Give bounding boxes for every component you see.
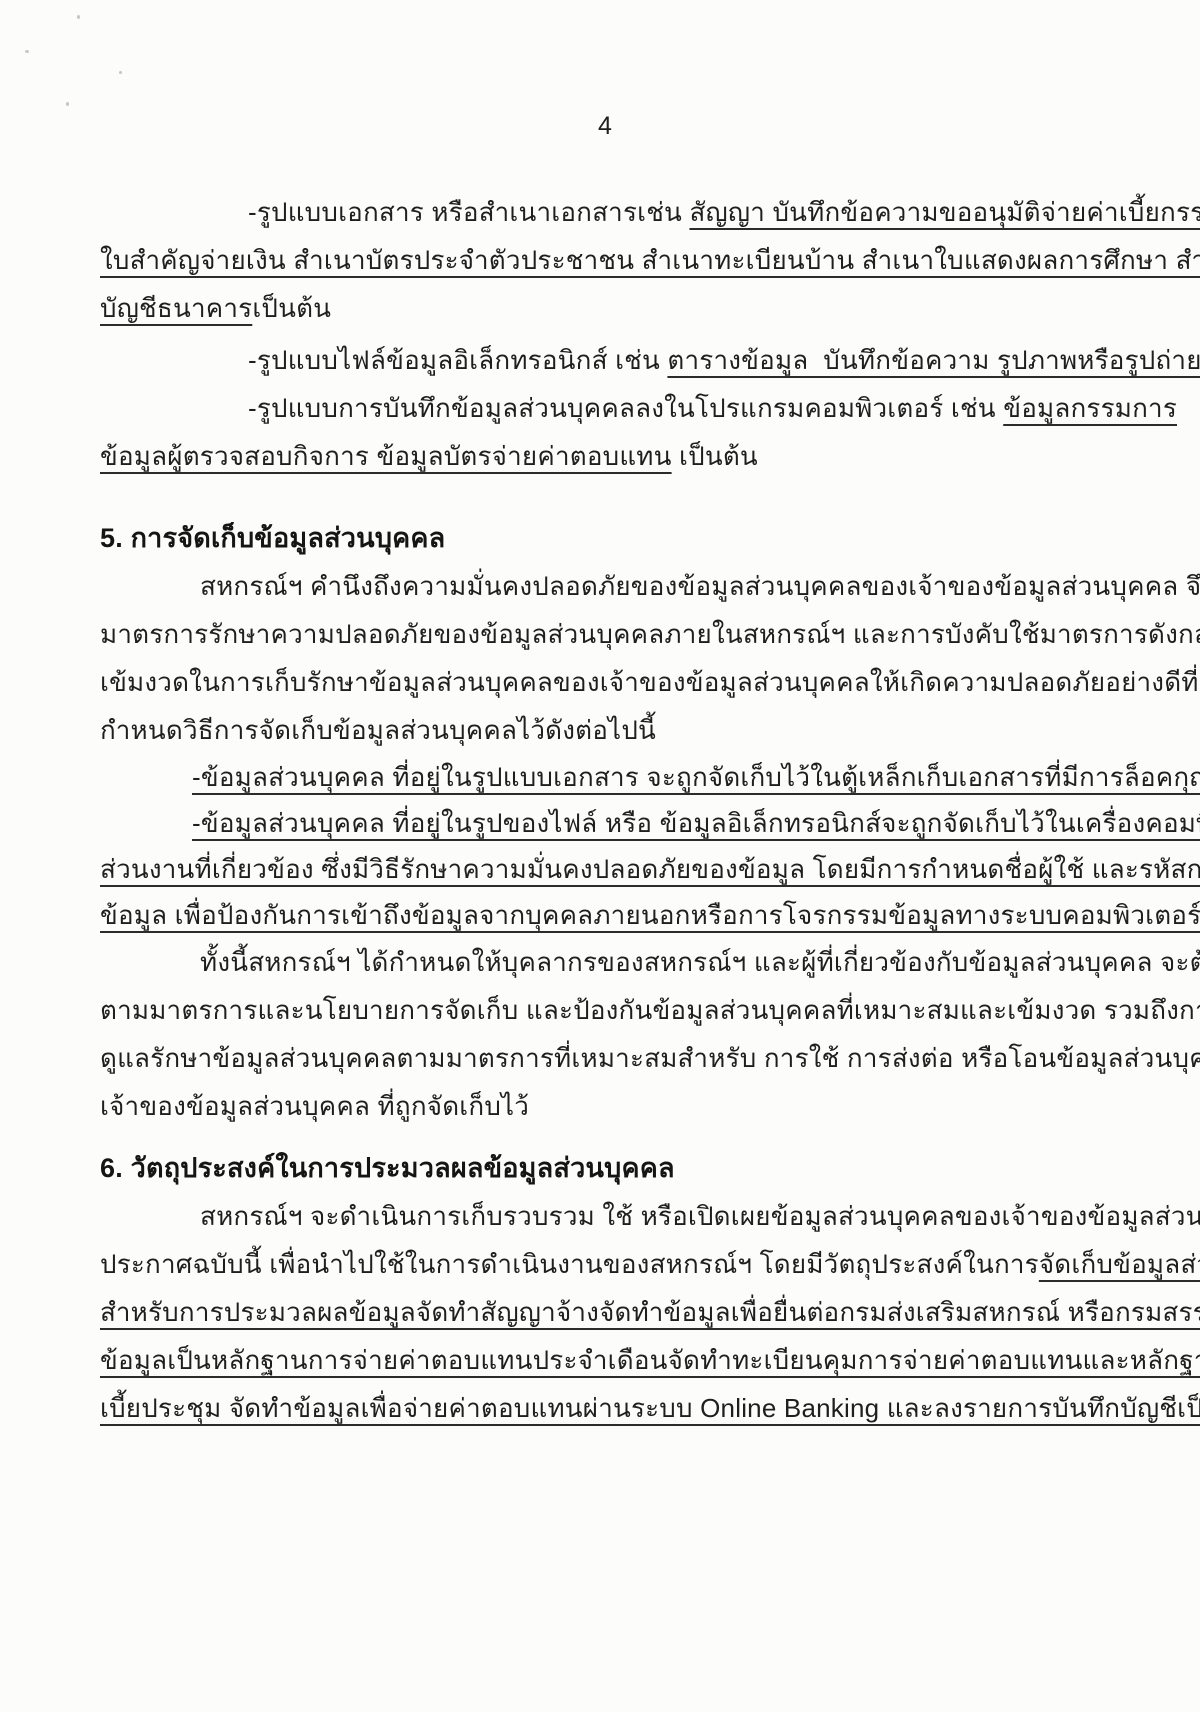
text-line: เบี้ยประชุม จัดทำข้อมูลเพื่อจ่ายค่าตอบแท…	[100, 1384, 1110, 1432]
text-line: -ข้อมูลส่วนบุคคล ที่อยู่ในรูปของไฟล์ หรื…	[100, 800, 1110, 846]
text: กำหนดวิธีการจัดเก็บข้อมูลส่วนบุคคลไว้ดัง…	[100, 715, 656, 745]
text-line: ใบสำคัญจ่ายเงิน สำเนาบัตรประจำตัวประชาชน…	[100, 236, 1110, 284]
text-line: สหกรณ์ฯ คำนึงถึงความมั่นคงปลอดภัยของข้อม…	[100, 562, 1110, 610]
section-5-intro-para: สหกรณ์ฯ คำนึงถึงความมั่นคงปลอดภัยของข้อม…	[100, 562, 1110, 754]
text-line: สำหรับการประมวลผลข้อมูลจัดทำสัญญาจ้างจัด…	[100, 1288, 1110, 1336]
text: เป็นต้น	[252, 293, 331, 323]
text: -รูปแบบไฟล์ข้อมูลอิเล็กทรอนิกส์ เช่น	[248, 345, 667, 375]
text-line: -ข้อมูลส่วนบุคคล ที่อยู่ในรูปแบบเอกสาร จ…	[100, 754, 1110, 800]
underlined-text: ส่วนงานที่เกี่ยวข้อง ซึ่งมีวิธีรักษาความ…	[100, 854, 1200, 884]
text-line: ทั้งนี้สหกรณ์ฯ ได้กำหนดให้บุคลากรของสหกร…	[100, 938, 1110, 986]
page-content: 4 -รูปแบบเอกสาร หรือสำเนาเอกสารเช่น สัญญ…	[100, 0, 1110, 1432]
text: เข้มงวดในการเก็บรักษาข้อมูลส่วนบุคคลของเ…	[100, 667, 1200, 697]
text-line: ดูแลรักษาข้อมูลส่วนบุคคลตามมาตรการที่เหม…	[100, 1034, 1110, 1082]
underlined-text: จัดเก็บข้อมูลส่วนบุคคล	[1039, 1249, 1200, 1279]
text-line: -รูปแบบไฟล์ข้อมูลอิเล็กทรอนิกส์ เช่น ตาร…	[100, 336, 1110, 384]
page-number: 4	[100, 108, 1110, 144]
underlined-text: สำหรับการประมวลผลข้อมูลจัดทำสัญญาจ้างจัด…	[100, 1297, 1200, 1327]
scan-speck	[77, 15, 80, 19]
underlined-text: -ข้อมูลส่วนบุคคล ที่อยู่ในรูปของไฟล์ หรื…	[192, 808, 1200, 838]
text: ประกาศฉบับนี้ เพื่อนำไปใช้ในการดำเนินงาน…	[100, 1249, 1039, 1279]
text: มาตรการรักษาความปลอดภัยของข้อมูลส่วนบุคค…	[100, 619, 1200, 649]
section-5-heading: 5. การจัดเก็บข้อมูลส่วนบุคคล	[100, 514, 1110, 562]
text-line: 6. วัตถุประสงค์ในการประมวลผลข้อมูลส่วนบุ…	[100, 1144, 1110, 1192]
section-5-personnel-para: ทั้งนี้สหกรณ์ฯ ได้กำหนดให้บุคลากรของสหกร…	[100, 938, 1110, 1130]
underlined-text: ข้อมูลผู้ตรวจสอบกิจการ ข้อมูลบัตรจ่ายค่า…	[100, 441, 672, 471]
format-program-para: -รูปแบบการบันทึกข้อมูลส่วนบุคคลลงในโปรแก…	[100, 384, 1110, 480]
text-line: ข้อมูล เพื่อป้องกันการเข้าถึงข้อมูลจากบุ…	[100, 892, 1110, 938]
underlined-text: ข้อมูล เพื่อป้องกันการเข้าถึงข้อมูลจากบุ…	[100, 900, 1200, 930]
text-line: ตามมาตรการและนโยบายการจัดเก็บ และป้องกัน…	[100, 986, 1110, 1034]
text: 6. วัตถุประสงค์ในการประมวลผลข้อมูลส่วนบุ…	[100, 1153, 675, 1183]
scan-speck	[25, 50, 29, 53]
underlined-text: -ข้อมูลส่วนบุคคล ที่อยู่ในรูปแบบเอกสาร จ…	[192, 762, 1200, 792]
text: -รูปแบบการบันทึกข้อมูลส่วนบุคคลลงในโปรแก…	[248, 393, 1003, 423]
text-line: 5. การจัดเก็บข้อมูลส่วนบุคคล	[100, 514, 1110, 562]
underlined-text: ใบสำคัญจ่ายเงิน สำเนาบัตรประจำตัวประชาชน…	[100, 245, 1200, 275]
underlined-text: สัญญา บันทึกข้อความขออนุมัติจ่ายค่าเบี้ย…	[689, 197, 1200, 227]
text: 5. การจัดเก็บข้อมูลส่วนบุคคล	[100, 523, 445, 553]
section-6-purpose-para: สหกรณ์ฯ จะดำเนินการเก็บรวบรวม ใช้ หรือเป…	[100, 1192, 1110, 1432]
format-document-para: -รูปแบบเอกสาร หรือสำเนาเอกสารเช่น สัญญา …	[100, 188, 1110, 332]
text: สหกรณ์ฯ คำนึงถึงความมั่นคงปลอดภัยของข้อม…	[200, 571, 1200, 601]
text-line: ข้อมูลเป็นหลักฐานการจ่ายค่าตอบแทนประจำเด…	[100, 1336, 1110, 1384]
text-line: กำหนดวิธีการจัดเก็บข้อมูลส่วนบุคคลไว้ดัง…	[100, 706, 1110, 754]
text-line: สหกรณ์ฯ จะดำเนินการเก็บรวบรวม ใช้ หรือเป…	[100, 1192, 1110, 1240]
underlined-text: ตารางข้อมูล บันทึกข้อความ รูปภาพหรือรูปถ…	[667, 345, 1200, 375]
text-line: เข้มงวดในการเก็บรักษาข้อมูลส่วนบุคคลของเ…	[100, 658, 1110, 706]
text-line: -รูปแบบเอกสาร หรือสำเนาเอกสารเช่น สัญญา …	[100, 188, 1110, 236]
text: สหกรณ์ฯ จะดำเนินการเก็บรวบรวม ใช้ หรือเป…	[200, 1201, 1200, 1231]
format-file-line: -รูปแบบไฟล์ข้อมูลอิเล็กทรอนิกส์ เช่น ตาร…	[100, 336, 1110, 384]
underlined-text: บัญชีธนาคาร	[100, 293, 252, 323]
underlined-text: เบี้ยประชุม จัดทำข้อมูลเพื่อจ่ายค่าตอบแท…	[100, 1393, 1200, 1423]
text: ตามมาตรการและนโยบายการจัดเก็บ และป้องกัน…	[100, 995, 1200, 1025]
text-line: ข้อมูลผู้ตรวจสอบกิจการ ข้อมูลบัตรจ่ายค่า…	[100, 432, 1110, 480]
text-line: ส่วนงานที่เกี่ยวข้อง ซึ่งมีวิธีรักษาความ…	[100, 846, 1110, 892]
text: เป็นต้น	[672, 441, 758, 471]
text: -รูปแบบเอกสาร หรือสำเนาเอกสารเช่น	[248, 197, 689, 227]
section-5-storage-items: -ข้อมูลส่วนบุคคล ที่อยู่ในรูปแบบเอกสาร จ…	[100, 754, 1110, 938]
scan-speck	[66, 102, 69, 106]
document-body: -รูปแบบเอกสาร หรือสำเนาเอกสารเช่น สัญญา …	[100, 188, 1110, 1432]
document-page: 4 -รูปแบบเอกสาร หรือสำเนาเอกสารเช่น สัญญ…	[0, 0, 1200, 1712]
text-line: เจ้าของข้อมูลส่วนบุคคล ที่ถูกจัดเก็บไว้	[100, 1082, 1110, 1130]
text-line: มาตรการรักษาความปลอดภัยของข้อมูลส่วนบุคค…	[100, 610, 1110, 658]
text: ดูแลรักษาข้อมูลส่วนบุคคลตามมาตรการที่เหม…	[100, 1043, 1200, 1073]
underlined-text: ข้อมูลกรรมการ	[1003, 393, 1177, 423]
text-line: ประกาศฉบับนี้ เพื่อนำไปใช้ในการดำเนินงาน…	[100, 1240, 1110, 1288]
text-line: -รูปแบบการบันทึกข้อมูลส่วนบุคคลลงในโปรแก…	[100, 384, 1110, 432]
text: ทั้งนี้สหกรณ์ฯ ได้กำหนดให้บุคลากรของสหกร…	[200, 947, 1200, 977]
section-6-heading: 6. วัตถุประสงค์ในการประมวลผลข้อมูลส่วนบุ…	[100, 1144, 1110, 1192]
text: เจ้าของข้อมูลส่วนบุคคล ที่ถูกจัดเก็บไว้	[100, 1091, 529, 1121]
underlined-text: ข้อมูลเป็นหลักฐานการจ่ายค่าตอบแทนประจำเด…	[100, 1345, 1200, 1375]
text-line: บัญชีธนาคารเป็นต้น	[100, 284, 1110, 332]
